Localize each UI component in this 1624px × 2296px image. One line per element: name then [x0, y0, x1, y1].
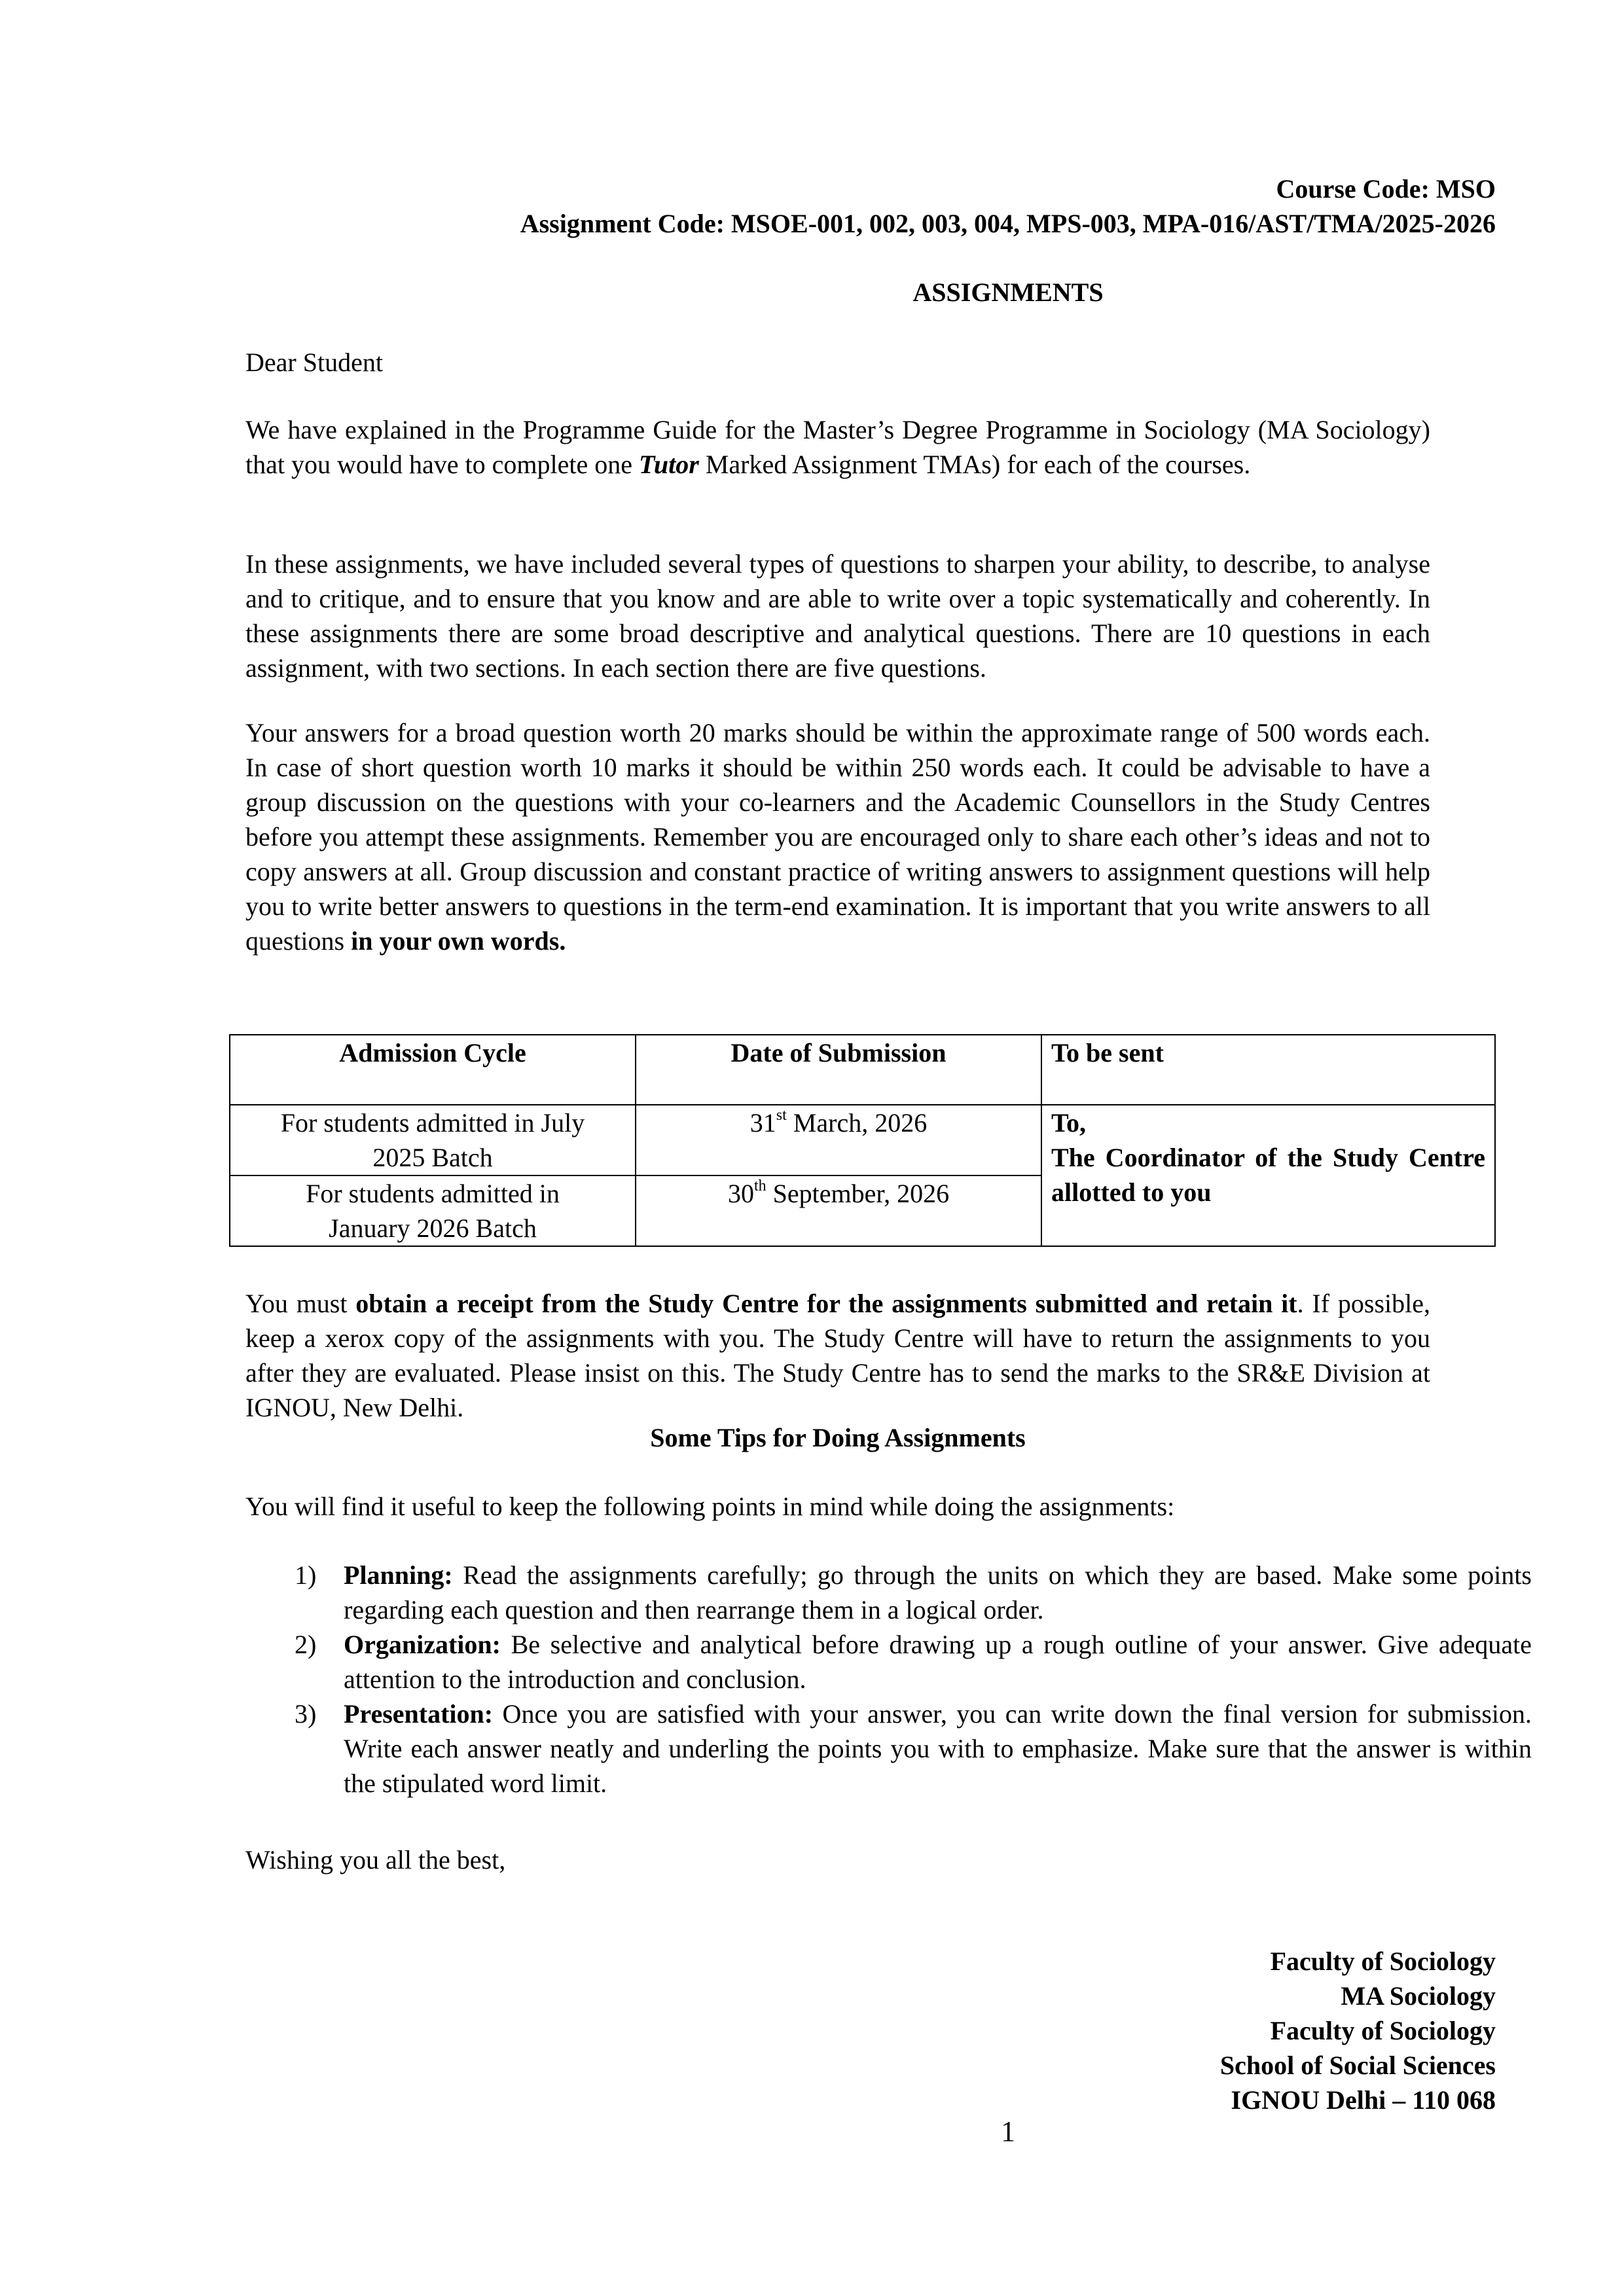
- table-row: For students admitted in July 2025 Batch…: [230, 1105, 1495, 1175]
- submission-date-cell: 31st March, 2026: [636, 1105, 1041, 1175]
- assignment-code: Assignment Code: MSOE-001, 002, 003, 004…: [350, 206, 1496, 241]
- word-limit-text: Your answers for a broad question worth …: [245, 718, 1430, 956]
- page-title: ASSIGNMENTS: [245, 275, 1496, 310]
- course-code: Course Code: MSO: [245, 171, 1496, 206]
- admission-cycle-cell: For students admitted in July 2025 Batch: [230, 1105, 636, 1175]
- tip-text: Once you are satisfied with your answer,…: [344, 1699, 1532, 1798]
- intro-paragraph-1: We have explained in the Programme Guide…: [245, 412, 1430, 482]
- list-item: 1)Planning: Read the assignments careful…: [295, 1558, 1532, 1627]
- admission-cycle-cell: For students admitted in January 2026 Ba…: [230, 1175, 636, 1246]
- tips-heading: Some Tips for Doing Assignments: [245, 1420, 1430, 1455]
- date-day: 31: [750, 1108, 776, 1138]
- tips-intro: You will find it useful to keep the foll…: [245, 1489, 1174, 1524]
- signature-line: MA Sociology: [245, 1979, 1496, 2013]
- tip-text: Be selective and analytical before drawi…: [344, 1630, 1532, 1694]
- signature-block: Faculty of Sociology MA Sociology Facult…: [245, 1944, 1496, 2117]
- intro-text-end: Marked Assignment TMAs) for each of the …: [699, 450, 1250, 479]
- send-to-cell: To,The Coordinator of the Study Centre a…: [1041, 1105, 1495, 1246]
- receipt-text: You must: [245, 1289, 355, 1318]
- intro-paragraph-3: Your answers for a broad question worth …: [245, 715, 1430, 958]
- submission-table: Admission Cycle Date of Submission To be…: [229, 1034, 1496, 1247]
- table-header-row: Admission Cycle Date of Submission To be…: [230, 1035, 1495, 1105]
- receipt-paragraph: You must obtain a receipt from the Study…: [245, 1286, 1430, 1425]
- page-number: 1: [245, 2114, 1496, 2149]
- list-item: 3)Presentation: Once you are satisfied w…: [295, 1696, 1532, 1801]
- date-rest: March, 2026: [787, 1108, 927, 1138]
- tip-text: Read the assignments carefully; go throu…: [344, 1560, 1532, 1624]
- signature-line: Faculty of Sociology: [245, 1944, 1496, 1979]
- tip-label: Organization:: [344, 1630, 501, 1659]
- date-day: 30: [728, 1179, 754, 1208]
- list-number: 1): [295, 1558, 316, 1592]
- signature-line: School of Social Sciences: [245, 2048, 1496, 2083]
- list-number: 3): [295, 1696, 316, 1731]
- intro-paragraph-2: In these assignments, we have included s…: [245, 547, 1430, 685]
- tip-label: Presentation:: [344, 1699, 493, 1729]
- date-suffix: th: [754, 1177, 767, 1194]
- signature-line: Faculty of Sociology: [245, 2013, 1496, 2048]
- own-words-emphasis: in your own words.: [351, 926, 566, 956]
- salutation: Dear Student: [245, 345, 383, 380]
- send-to-line-1: To,: [1051, 1105, 1485, 1140]
- date-suffix: st: [776, 1107, 787, 1124]
- header-admission-cycle: Admission Cycle: [230, 1035, 636, 1105]
- date-rest: September, 2026: [767, 1179, 949, 1208]
- header-date-of-submission: Date of Submission: [636, 1035, 1041, 1105]
- send-to-line-2: The Coordinator of the Study Centre allo…: [1051, 1140, 1485, 1210]
- tips-list: 1)Planning: Read the assignments careful…: [295, 1558, 1532, 1801]
- list-item: 2)Organization: Be selective and analyti…: [295, 1627, 1532, 1696]
- submission-date-cell: 30th September, 2026: [636, 1175, 1041, 1246]
- receipt-emphasis: obtain a receipt from the Study Centre f…: [355, 1289, 1297, 1318]
- signature-line: IGNOU Delhi – 110 068: [245, 2083, 1496, 2117]
- intro-emphasis: Tutor: [639, 450, 699, 479]
- header-to-be-sent: To be sent: [1041, 1035, 1495, 1105]
- closing-line: Wishing you all the best,: [245, 1842, 505, 1877]
- list-number: 2): [295, 1627, 316, 1662]
- tip-label: Planning:: [344, 1560, 453, 1590]
